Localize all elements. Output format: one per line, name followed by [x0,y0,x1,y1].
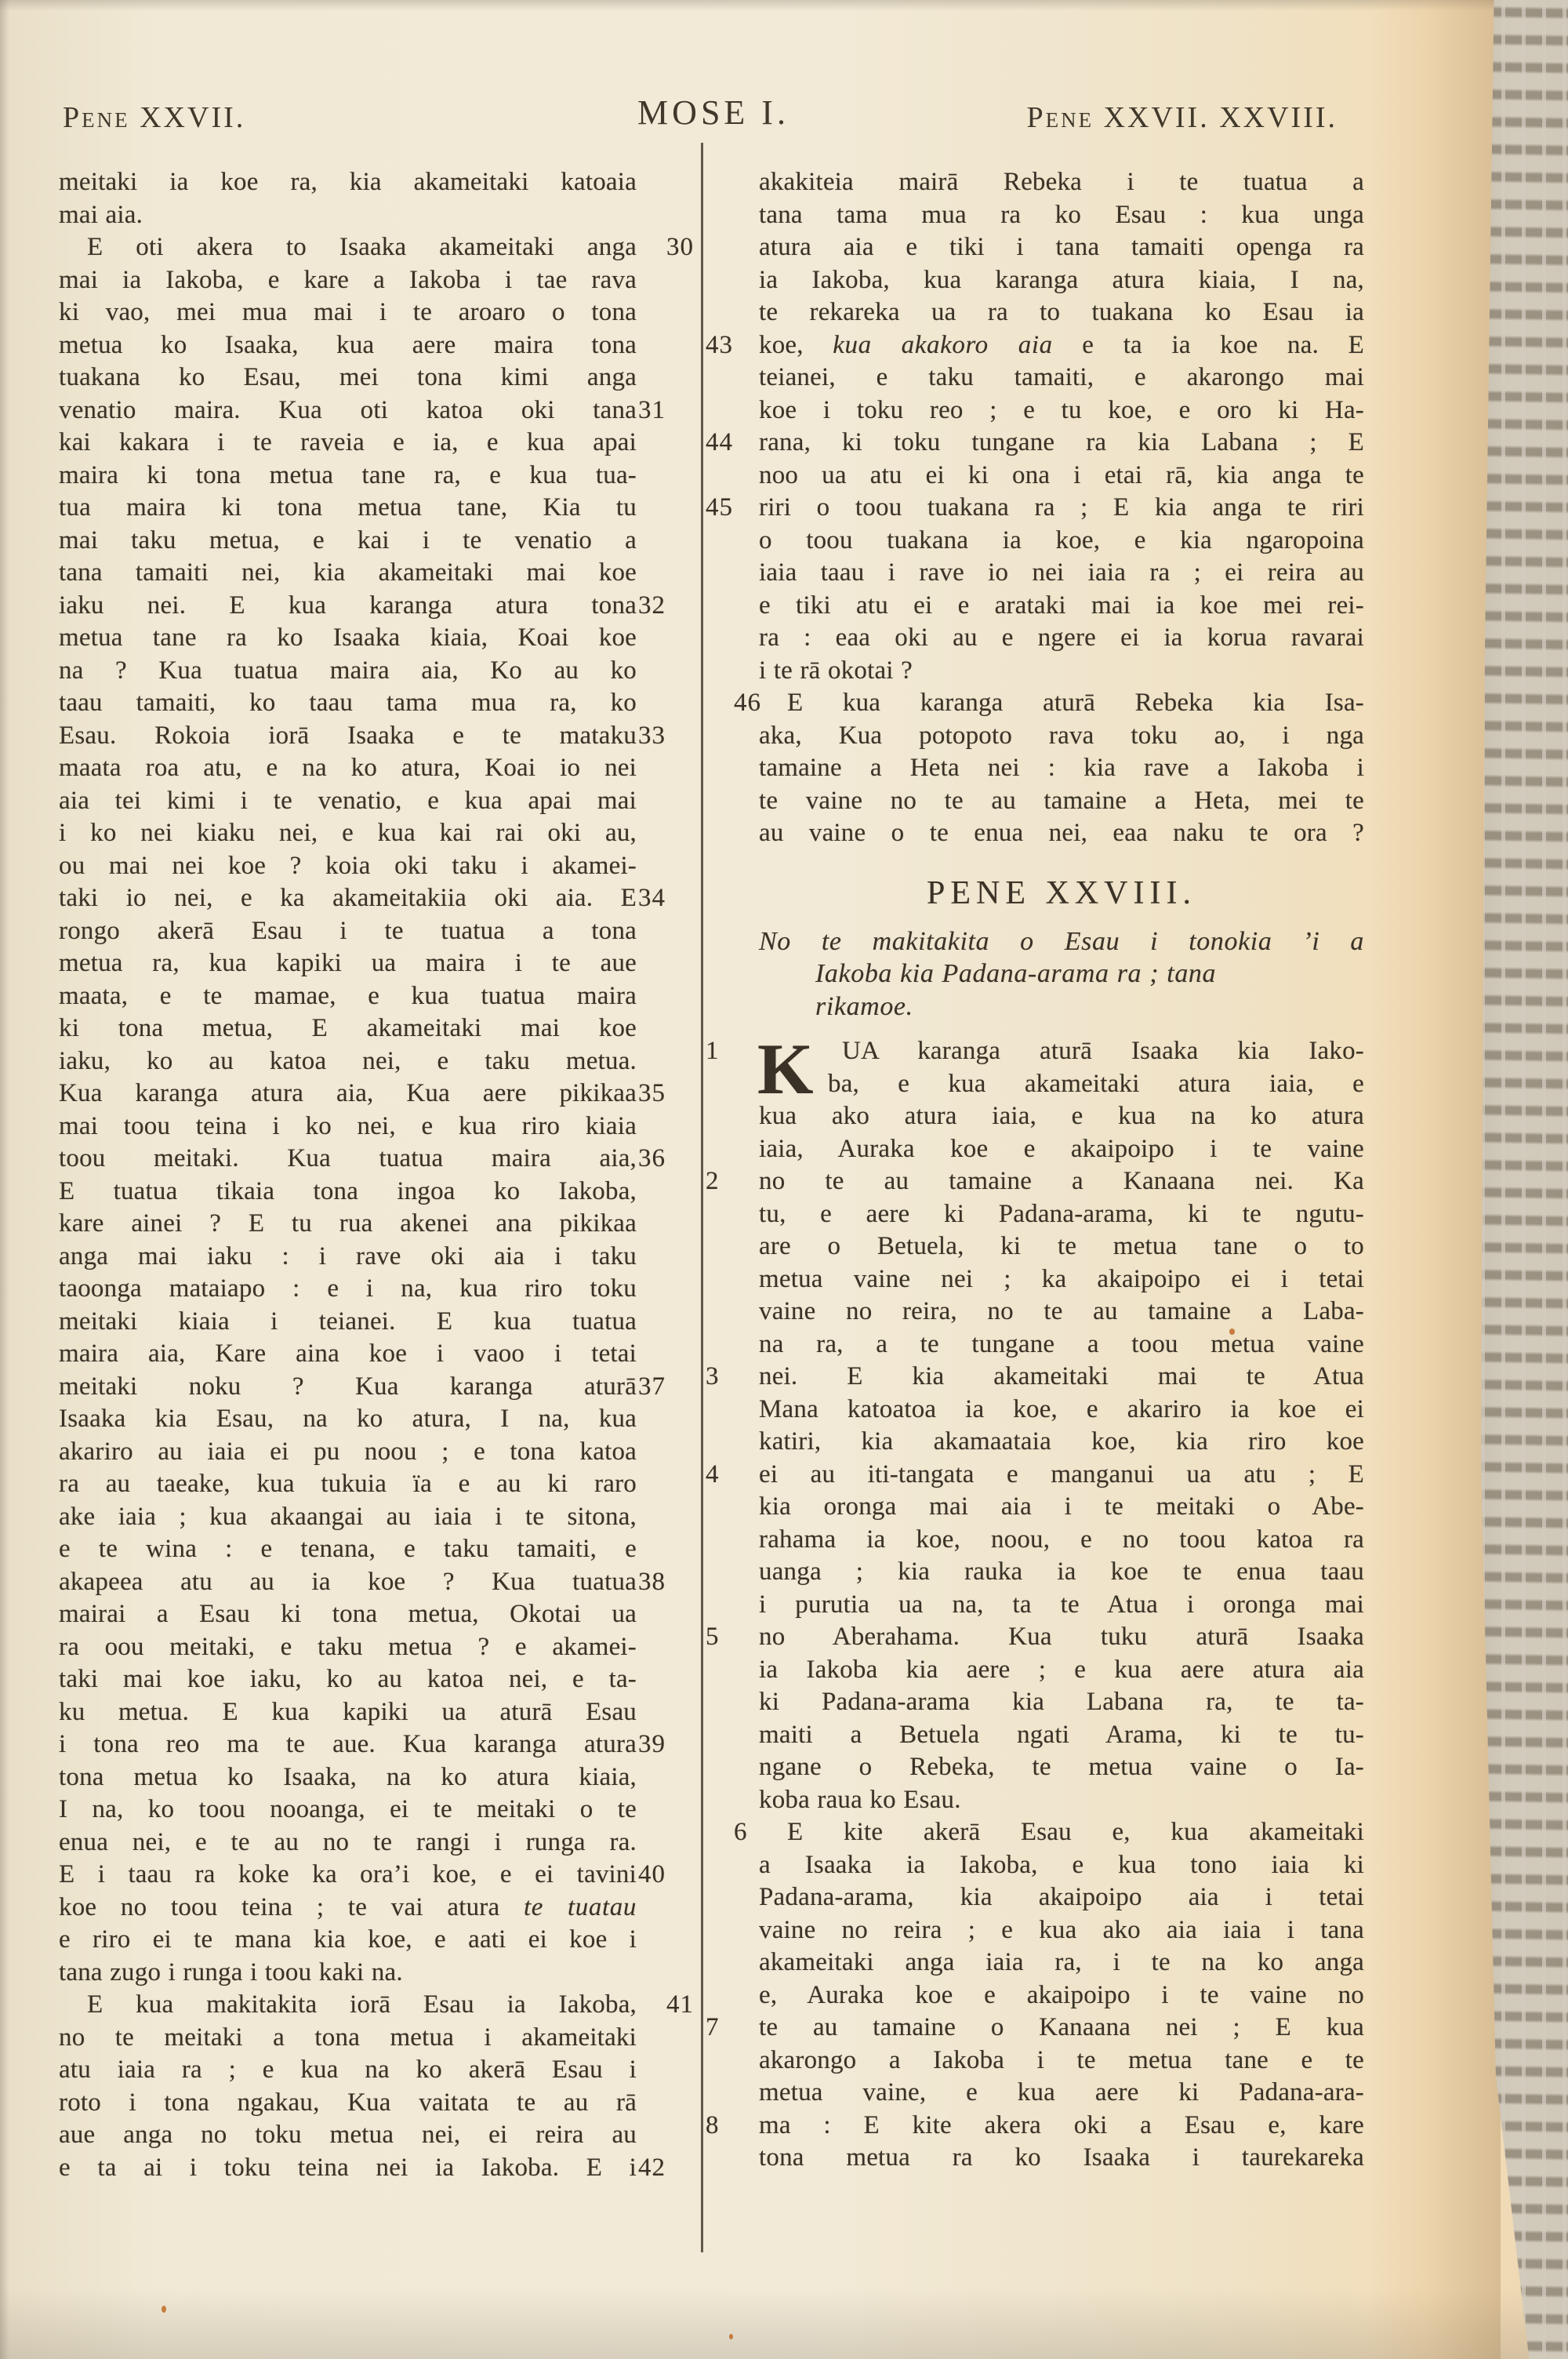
verse-number: 1 [706,1035,751,1068]
text-line: taoonga mataiapo : e i na, kua riro toku [59,1273,637,1306]
verse-number: 41 [638,1989,684,2022]
text-line: kia oronga mai aia i te meitaki o Abe- [759,1491,1364,1524]
text-line: 38akapeea atu au ia koe ? Kua tuatua [59,1566,637,1599]
left-column: meitaki ia koe ra, kia akameitaki katoai… [59,166,637,2184]
chapter-summary-line: Iakoba kia Padana-arama ra ; tana [759,958,1364,990]
text-line: katiri, kia akamaataia koe, kia riro koe [759,1426,1364,1459]
text-line: mai toou teina i ko nei, e kua riro kiai… [59,1110,637,1143]
column-divider [701,143,703,2252]
text-line: 43koe, kua akakoro aia e ta ia koe na. E [759,329,1364,362]
text-line: au vaine o te enua nei, eaa naku te ora … [759,817,1364,850]
text-line: vaine no reira, no te au tamaine a Laba- [759,1296,1364,1329]
verse-number: 45 [706,492,751,525]
text-line: e riro ei te mana kia koe, e aati ei koe… [59,1924,637,1957]
text-line: 41E kua makitakita iorā Esau ia Iakoba, [59,1989,637,2022]
text-line: 35Kua karanga atura aia, Kua aere pikika… [59,1078,637,1110]
text-line: ia Iakoba, kua karanga atura kiaia, I na… [759,264,1364,297]
chapter-summary-line: rikamoe. [759,990,1364,1023]
text-line: uanga ; kia rauka ia koe te enua taau [759,1556,1364,1589]
verse-number: 3 [706,1361,751,1394]
text-line: 2no te au tamaine a Kanaana nei. Ka [759,1165,1364,1198]
text-line: te rekareka ua ra to tuakana ko Esau ia [759,296,1364,329]
text-line: 7te au tamaine o Kanaana nei ; E kua [759,2012,1364,2045]
verse-number: 5 [706,1621,751,1654]
text-line: mai taku metua, e kai i te venatio a [59,525,637,558]
text-line: maira aia, Kare aina koe i vaoo i tetai [59,1338,637,1371]
text-line: metua vaine nei ; ka akaipoipo ei i teta… [759,1263,1364,1296]
verse-number: 37 [638,1371,684,1404]
verse-number: 8 [706,2110,751,2143]
text-line: aka, Kua potopoto rava toku ao, i nga [759,720,1364,753]
text-line: enua nei, e te au no te rangi i runga ra… [59,1826,637,1859]
verse-number: 6 [706,1816,751,1849]
text-line: mairai a Esau ki tona metua, Okotai ua [59,1598,637,1631]
text-line: aue anga no toku metua nei, ei reira au [59,2119,637,2152]
text-line: i ko nei kiaku nei, e kua kai rai oki au… [59,817,637,850]
verse-number: 44 [706,427,751,460]
verse-number: 36 [638,1143,684,1176]
text-line: tua maira ki tona metua tane, Kia tu [59,492,637,525]
text-line: kare ainei ? E tu rua akenei ana pikikaa [59,1208,637,1241]
verse-number: 38 [638,1566,684,1599]
text-line: tana zugo i runga i toou kaki na. [59,1957,637,1990]
text-line: 39i tona reo ma te aue. Kua karanga atur… [59,1728,637,1761]
text-line: 40E i taau ra koke ka ora’i koe, e ei ta… [59,1859,637,1892]
text-line: metua ra, kua kapiki ua maira i te aue [59,947,637,980]
text-line: 8ma : E kite akera oki a Esau e, kare [759,2110,1364,2143]
text-line: 45riri o toou tuakana ra ; E kia anga te… [759,492,1364,525]
text-line: akarongo a Iakoba i te metua tane e te [759,2045,1364,2077]
text-line: 31venatio maira. Kua oti katoa oki tana [59,394,637,427]
text-line: taki mai koe iaku, ko au katoa nei, e ta… [59,1663,637,1696]
text-line: akariro au iaia ei pu noou ; e tona kato… [59,1436,637,1469]
text-line: E tuatua tikaia tona ingoa ko Iakoba, [59,1176,637,1209]
text-line: na ? Kua tuatua maira aia, Ko au ko [59,655,637,688]
verse-number: 7 [706,2012,751,2045]
chapter-heading: PENE XXVIII. [759,871,1364,916]
text-line: koba raua ko Esau. [759,1784,1364,1817]
text-line: 34taki io nei, e ka akameitakiia oki aia… [59,882,637,915]
text-line: a Isaaka ia Iakoba, e kua tono iaia ki [759,1849,1364,1882]
text-line: 36toou meitaki. Kua tuatua maira aia, [59,1143,637,1176]
verse-number: 40 [638,1859,684,1892]
text-line: 32iaku nei. E kua karanga atura tona [59,590,637,623]
text-line: ku metua. E kua kapiki ua aturā Esau [59,1696,637,1729]
right-column: akakiteia mairā Rebeka i te tuatua atana… [759,166,1364,2175]
text-line: 4ei au iti-tangata e manganui ua atu ; E [759,1459,1364,1492]
verse-number: 34 [638,882,684,915]
text-line: Padana-arama, kia akaipoipo aia i tetai [759,1881,1364,1914]
text-line: koe no toou teina ; te vai atura te tuat… [59,1892,637,1925]
text-line: ki Padana-arama kia Labana ra, te ta- [759,1686,1364,1719]
text-line: ou mai nei koe ? koia oki taku i akamei- [59,850,637,883]
verse-number: 39 [638,1728,684,1761]
paper-speck [1229,1329,1235,1335]
text-line: ake iaia ; kua akaangai au iaia i te sit… [59,1501,637,1534]
text-line: iaia taau i rave io nei iaia ra ; ei rei… [759,557,1364,590]
text-line: 46E kua karanga aturā Rebeka kia Isa- [759,687,1364,720]
text-line: are o Betuela, ki te metua tane o to [759,1230,1364,1263]
verse-number: 35 [638,1078,684,1110]
text-line: ia Iakoba kia aere ; e kua aere atura ai… [759,1654,1364,1687]
text-line: tu, e aere ki Padana-arama, ki te ngutu- [759,1198,1364,1231]
text-line: iaku, ko au katoa nei, e taku metua. [59,1045,637,1078]
text-line: rongo akerā Esau i te tuatua a tona [59,915,637,948]
text-line: aia tei kimi i te venatio, e kua apai ma… [59,785,637,818]
verse-number: 42 [638,2152,684,2185]
text-line: ba, e kua akameitaki atura iaia, e [759,1068,1364,1101]
text-line: anga mai iaku : i rave oki aia i taku [59,1241,637,1274]
text-line: kua ako atura iaia, e kua na ko atura [759,1100,1364,1133]
text-line: I na, ko toou nooanga, ei te meitaki o t… [59,1794,637,1826]
text-line: e tiki atu ei e arataki mai ia koe mei r… [759,590,1364,623]
text-line: maata roa atu, e na ko atura, Koai io ne… [59,752,637,785]
text-line: metua tane ra ko Isaaka kiaia, Koai koe [59,622,637,655]
text-line: e, Auraka koe e akaipoipo i te vaine no [759,1979,1364,2012]
verse-number: 30 [638,231,684,264]
text-line: 5no Aberahama. Kua tuku aturā Isaaka [759,1621,1364,1654]
text-line: 30E oti akera to Isaaka akameitaki anga [59,231,637,264]
text-line: teianei, e taku tamaiti, e akarongo mai [759,362,1364,394]
verse-number: 43 [706,329,751,362]
text-line: ngane o Rebeka, te metua vaine o Ia- [759,1751,1364,1784]
text-line: kai kakara i te raveia e ia, e kua apai [59,427,637,460]
verse-number: 31 [638,394,684,427]
text-line: Isaaka kia Esau, na ko atura, I na, kua [59,1403,637,1436]
text-line: no te meitaki a tona metua i akameitaki [59,2022,637,2055]
text-line: maiti a Betuela ngati Arama, ki te tu- [759,1719,1364,1752]
text-line: te vaine no te au tamaine a Heta, mei te [759,785,1364,818]
text-line: mai ia Iakoba, e kare a Iakoba i tae rav… [59,264,637,297]
text-line: tana tamaiti nei, kia akameitaki mai koe [59,557,637,590]
verse-number: 32 [638,590,684,623]
paper-speck [729,2334,733,2339]
text-line: taau tamaiti, ko taau tama mua ra, ko [59,687,637,720]
text-line: tamaine a Heta nei : kia rave a Iakoba i [759,752,1364,785]
text-line: Mana katoatoa ia koe, e akariro ia koe e… [759,1394,1364,1427]
text-line: roto i tona ngakau, Kua vaitata te au rā [59,2087,637,2120]
text-line: atu iaia ra ; e kua na ko akerā Esau i [59,2054,637,2087]
text-line: 42e ta ai i toku teina nei ia Iakoba. E … [59,2152,637,2185]
text-line: meitaki kiaia i teianei. E kua tuatua [59,1306,637,1339]
chapter-summary-line: No te makitakita o Esau i tonokia ’i a [759,925,1364,958]
text-line: iaia, Auraka koe e akaipoipo i te vaine [759,1133,1364,1166]
text-line: rahama ia koe, noou, e no toou katoa ra [759,1524,1364,1557]
verse-number: 4 [706,1459,751,1492]
text-line: ki vao, mei mua mai i te aroaro o tona [59,296,637,329]
text-line: ki tona metua, E akameitaki mai koe [59,1012,637,1045]
running-head-left: Pene XXVII. [63,100,245,135]
text-line: maira ki tona metua tane ra, e kua tua- [59,460,637,493]
text-line: akakiteia mairā Rebeka i te tuatua a [759,166,1364,199]
text-line: mai aia. [59,199,637,232]
text-line: 6E kite akerā Esau e, kua akameitaki [759,1816,1364,1849]
text-line: tana tama mua ra ko Esau : kua unga [759,199,1364,232]
text-line: tona metua ra ko Isaaka i taurekareka [759,2142,1364,2175]
page-curve-shadow [1367,0,1501,2359]
text-line: koe i toku reo ; e tu koe, e oro ki Ha- [759,394,1364,427]
text-line: ra oou meitaki, e taku metua ? e akamei- [59,1631,637,1664]
text-line: i purutia ua na, ta te Atua i oronga mai [759,1589,1364,1622]
text-line: i te rā okotai ? [759,655,1364,688]
text-line: 33Esau. Rokoia iorā Isaaka e te mataku [59,720,637,753]
running-head-title: MOSE I. [637,93,789,133]
text-line: atura aia e tiki i tana tamaiti openga r… [759,231,1364,264]
text-line: na ra, a te tungane a toou metua vaine [759,1329,1364,1361]
verse-number: 2 [706,1165,751,1198]
text-line: maata, e te mamae, e kua tuatua maira [59,980,637,1013]
running-head-right: Pene XXVII. XXVIII. [1026,100,1338,135]
text-line: tona metua ko Isaaka, na ko atura kiaia, [59,1761,637,1794]
text-line: noo ua atu ei ki ona i etai rā, kia anga… [759,460,1364,493]
verse-number: 46 [706,687,751,720]
text-line: 1KUA karanga aturā Isaaka kia Iako- [759,1035,1364,1068]
text-line: 37meitaki noku ? Kua karanga aturā [59,1371,637,1404]
text-line: metua vaine, e kua aere ki Padana-ara- [759,2077,1364,2110]
text-line: 44rana, ki toku tungane ra kia Labana ; … [759,427,1364,460]
text-line: akameitaki anga iaia ra, i te na ko anga [759,1946,1364,1979]
text-line: e te wina : e tenana, e taku tamaiti, e [59,1533,637,1566]
paper-speck [162,2306,166,2313]
book-page: Pene XXVII. MOSE I. Pene XXVII. XXVIII. … [0,0,1568,2359]
text-line: ra : eaa oki au e ngere ei ia korua rava… [759,622,1364,655]
text-line: o toou tuakana ia koe, e kia ngaropoina [759,525,1364,558]
verse-number: 33 [638,720,684,753]
text-line: metua ko Isaaka, kua aere maira tona [59,329,637,362]
text-line: tuakana ko Esau, mei tona kimi anga [59,362,637,394]
text-line: vaine no reira ; e kua ako aia iaia i ta… [759,1914,1364,1947]
text-line: 3nei. E kia akameitaki mai te Atua [759,1361,1364,1394]
text-line: meitaki ia koe ra, kia akameitaki katoai… [59,166,637,199]
text-line: ra au taeake, kua tukuia ïa e au ki raro [59,1468,637,1501]
